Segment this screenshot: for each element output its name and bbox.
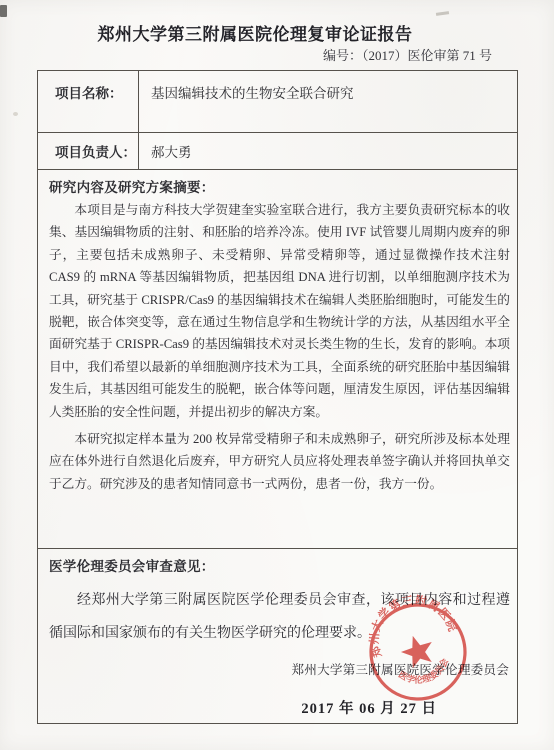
official-seal-icon: 郑州大学第三附属医院 医学伦理委员会: [358, 592, 478, 712]
scan-artifact-corner: [0, 5, 7, 17]
document-title: 郑州大学第三附属医院伦理复审论证报告: [0, 20, 510, 45]
opinion-heading: 医学伦理委员会审查意见：: [38, 549, 517, 575]
summary-paragraph-1: 本项目是与南方科技大学贺建奎实验室联合进行，我方主要负责研究标本的收集、基因编辑…: [49, 199, 510, 423]
project-name-label: 项目名称：: [38, 71, 139, 132]
seal-star-icon: [397, 631, 437, 670]
scanned-document-page: 郑州大学第三附属医院伦理复审论证报告 编号：（2017）医伦审第 71 号 项目…: [0, 0, 554, 750]
project-name-value: 基因编辑技术的生物安全联合研究: [139, 71, 517, 132]
table-row-project-leader: 项目负责人： 郝大勇: [38, 133, 517, 170]
project-leader-value: 郝大勇: [139, 133, 517, 169]
scan-artifact-dash: [436, 11, 449, 16]
project-leader-label: 项目负责人：: [38, 133, 139, 169]
summary-paragraph-2: 本研究拟定样本量为 200 枚异常受精卵子和未成熟卵子，研究所涉及标本处理应在体…: [49, 428, 510, 495]
document-number: 编号：（2017）医伦审第 71 号: [323, 45, 492, 64]
table-row-project-name: 项目名称： 基因编辑技术的生物安全联合研究: [38, 71, 517, 133]
summary-heading: 研究内容及研究方案摘要：: [38, 170, 517, 196]
summary-body: 本项目是与南方科技大学贺建奎实验室联合进行，我方主要负责研究标本的收集、基因编辑…: [38, 199, 517, 495]
summary-section: 研究内容及研究方案摘要： 本项目是与南方科技大学贺建奎实验室联合进行，我方主要负…: [38, 170, 517, 549]
scan-artifact-dot: [13, 112, 18, 116]
